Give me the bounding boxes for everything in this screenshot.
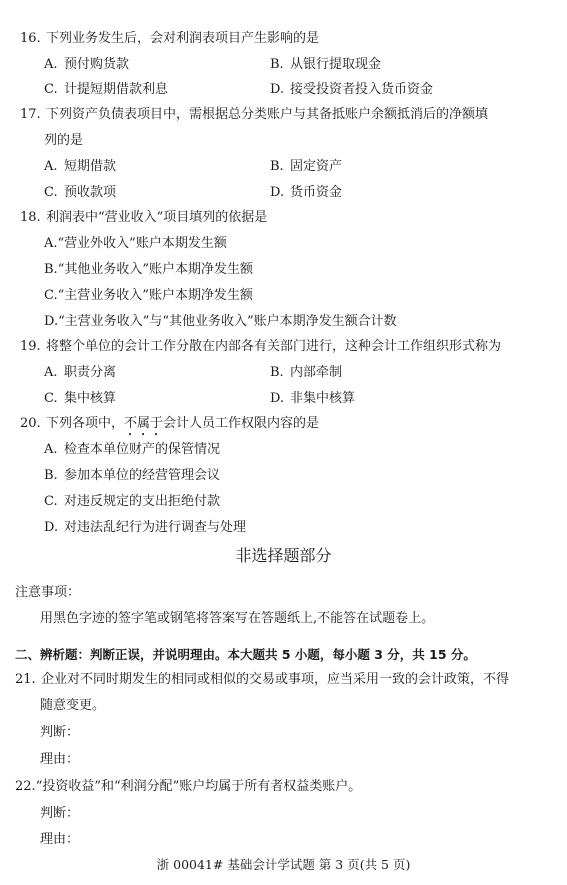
q18-option-d: D.“主营业务收入”与“其他业务收入”账户本期净发生额合计数 xyxy=(44,314,397,330)
notice-text: 用黑色字迹的签字笔或钢笔将答案写在答题纸上,不能答在试题卷上。 xyxy=(40,611,434,627)
q19-option-d: D.非集中核算 xyxy=(270,391,355,407)
option-label: D. xyxy=(44,520,64,536)
option-label: A. xyxy=(44,159,64,175)
q20-option-d: D.对违法乱纪行为进行调查与处理 xyxy=(44,520,246,536)
question-number: 17. xyxy=(20,107,46,123)
option-label: B. xyxy=(270,57,290,73)
option-label: B. xyxy=(44,262,58,277)
option-label: A. xyxy=(44,57,64,73)
option-label: C. xyxy=(44,82,64,98)
notice-heading: 注意事项： xyxy=(15,585,80,601)
option-label: D. xyxy=(270,185,290,201)
section-heading: 二、辨析题：判断正误，并说明理由。本大题共 5 小题，每小题 3 分，共 15 … xyxy=(15,647,476,663)
option-text: 固定资产 xyxy=(290,159,342,174)
option-text: “营业外收入”账户本期发生额 xyxy=(58,236,227,251)
q18-option-c: C.“主营业务收入”账户本期净发生额 xyxy=(44,288,253,304)
option-text: 检查本单位财产的保管情况 xyxy=(64,442,220,457)
option-label: D. xyxy=(270,82,290,98)
q17-option-a: A.短期借款 xyxy=(44,159,116,175)
option-label: D. xyxy=(44,314,58,329)
question-text-post: 会计人员工作权限内容的是 xyxy=(163,416,319,431)
option-text: 短期借款 xyxy=(64,159,116,174)
option-text: “主营业务收入”账户本期净发生额 xyxy=(58,288,253,303)
option-label: B. xyxy=(270,159,290,175)
question-number: 18. xyxy=(20,210,46,226)
q19-option-c: C.集中核算 xyxy=(44,391,116,407)
question-21-stem-cont: 随意变更。 xyxy=(40,698,105,714)
option-label: C. xyxy=(44,288,58,303)
question-text: 企业对不同时期发生的相同或相似的交易或事项，应当采用一致的会计政策，不得 xyxy=(41,672,509,687)
option-label: A. xyxy=(44,365,64,381)
option-label: B. xyxy=(270,365,290,381)
question-text: 利润表中“营业收入”项目填列的依据是 xyxy=(46,210,267,225)
question-number: 16. xyxy=(20,31,46,47)
question-17-stem: 17.下列资产负债表项目中，需根据总分类账户与其备抵账户余额抵消后的净额填 xyxy=(20,107,488,123)
page-footer: 浙 00041# 基础会计学试题 第 3 页(共 5 页) xyxy=(0,857,567,873)
q21-judge-label: 判断： xyxy=(40,725,79,741)
q19-option-b: B.内部牵制 xyxy=(270,365,342,381)
question-number: 20. xyxy=(20,416,46,432)
question-text-pre: 下列各项中， xyxy=(46,416,124,431)
option-text: 参加本单位的经营管理会议 xyxy=(64,468,220,483)
option-text: 接受投资者投入货币资金 xyxy=(290,82,433,97)
q20-option-a: A.检查本单位财产的保管情况 xyxy=(44,442,220,458)
option-text: “主营业务收入”与“其他业务收入”账户本期净发生额合计数 xyxy=(58,314,397,329)
option-text: 预收款项 xyxy=(64,185,116,200)
question-20-stem: 20.下列各项中，不属于会计人员工作权限内容的是 xyxy=(20,416,319,439)
question-number: 22. xyxy=(15,779,36,794)
option-text: 内部牵制 xyxy=(290,365,342,380)
q17-option-d: D.货币资金 xyxy=(270,185,342,201)
q22-reason-label: 理由： xyxy=(40,832,79,848)
option-text: 非集中核算 xyxy=(290,391,355,406)
emphasized-text: 不属于 xyxy=(124,416,163,431)
question-text: 下列业务发生后，会对利润表项目产生影响的是 xyxy=(46,31,319,46)
question-21-stem: 21.企业对不同时期发生的相同或相似的交易或事项，应当采用一致的会计政策，不得 xyxy=(15,672,509,688)
question-16-stem: 16.下列业务发生后，会对利润表项目产生影响的是 xyxy=(20,31,319,47)
q18-option-a: A.“营业外收入”账户本期发生额 xyxy=(44,236,227,252)
q22-judge-label: 判断： xyxy=(40,806,79,822)
q18-option-b: B.“其他业务收入”账户本期净发生额 xyxy=(44,262,253,278)
option-label: A. xyxy=(44,442,64,458)
question-number: 19. xyxy=(20,339,46,355)
option-label: C. xyxy=(44,391,64,407)
part-title: 非选择题部分 xyxy=(0,545,567,567)
question-text: “投资收益”和“利润分配”账户均属于所有者权益类账户。 xyxy=(36,779,362,794)
q20-option-b: B.参加本单位的经营管理会议 xyxy=(44,468,220,484)
option-text: “其他业务收入”账户本期净发生额 xyxy=(58,262,253,277)
option-text: 计提短期借款利息 xyxy=(64,82,168,97)
option-text: 货币资金 xyxy=(290,185,342,200)
question-19-stem: 19.将整个单位的会计工作分散在内部各有关部门进行，这种会计工作组织形式称为 xyxy=(20,339,501,355)
q17-option-c: C.预收款项 xyxy=(44,185,116,201)
q16-option-b: B.从银行提取现金 xyxy=(270,57,381,73)
q16-option-d: D.接受投资者投入货币资金 xyxy=(270,82,433,98)
q19-option-a: A.职责分离 xyxy=(44,365,116,381)
option-text: 预付购货款 xyxy=(64,57,129,72)
question-18-stem: 18.利润表中“营业收入”项目填列的依据是 xyxy=(20,210,267,226)
option-label: A. xyxy=(44,236,58,251)
question-text: 将整个单位的会计工作分散在内部各有关部门进行，这种会计工作组织形式称为 xyxy=(46,339,501,354)
q17-option-b: B.固定资产 xyxy=(270,159,342,175)
option-label: B. xyxy=(44,468,64,484)
q20-option-c: C.对违反规定的支出拒绝付款 xyxy=(44,494,220,510)
q16-option-c: C.计提短期借款利息 xyxy=(44,82,168,98)
option-text: 从银行提取现金 xyxy=(290,57,381,72)
question-number: 21. xyxy=(15,672,41,688)
option-text: 集中核算 xyxy=(64,391,116,406)
option-text: 职责分离 xyxy=(64,365,116,380)
q21-reason-label: 理由： xyxy=(40,752,79,768)
question-text: 下列资产负债表项目中，需根据总分类账户与其备抵账户余额抵消后的净额填 xyxy=(46,107,488,122)
option-label: C. xyxy=(44,494,64,510)
question-22-stem: 22.“投资收益”和“利润分配”账户均属于所有者权益类账户。 xyxy=(15,779,361,795)
option-text: 对违反规定的支出拒绝付款 xyxy=(64,494,220,509)
option-label: D. xyxy=(270,391,290,407)
question-17-stem-cont: 列的是 xyxy=(44,133,83,149)
option-label: C. xyxy=(44,185,64,201)
q16-option-a: A.预付购货款 xyxy=(44,57,129,73)
option-text: 对违法乱纪行为进行调查与处理 xyxy=(64,520,246,535)
